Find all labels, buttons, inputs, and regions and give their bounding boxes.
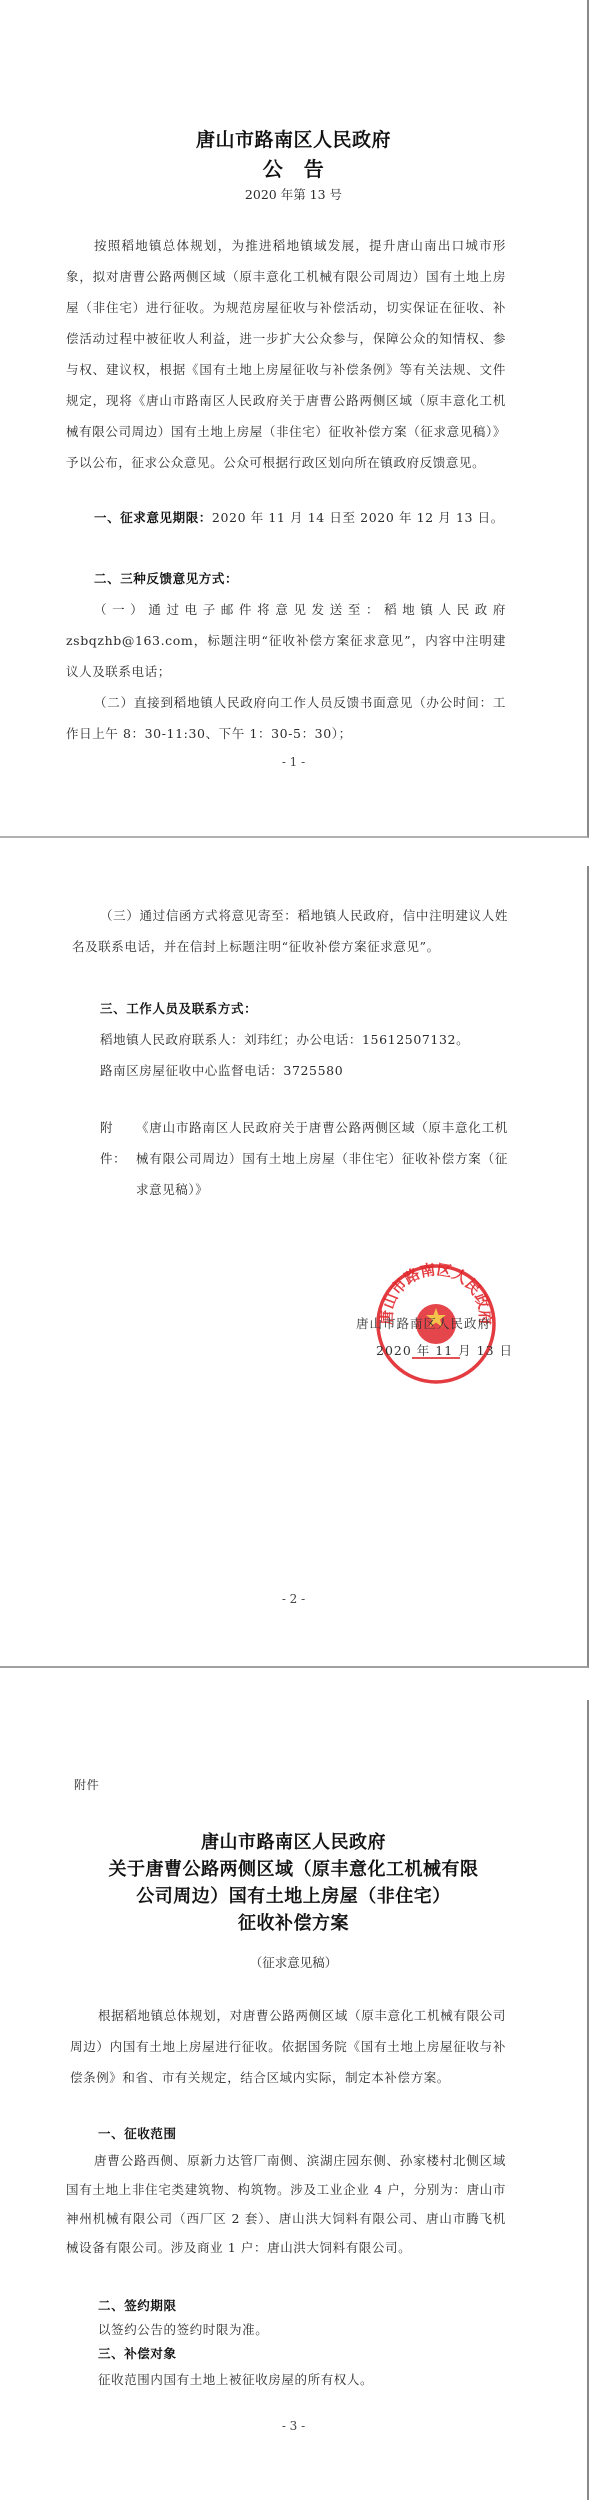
draft-label: （征求意见稿）: [0, 1953, 587, 1971]
feedback-method-3: （三）通过信函方式将意见寄至：稻地镇人民政府，信中注明建议人姓名及联系电话，并在…: [72, 900, 508, 962]
page-number: - 2 -: [0, 1592, 587, 1606]
document-page-3: 附件 唐山市路南区人民政府 关于唐曹公路两侧区域（原丰意化工机械有限 公司周边）…: [0, 1700, 589, 2500]
section-1: 一、征求意见期限：2020 年 11 月 14 日至 2020 年 12 月 1…: [66, 502, 506, 533]
contact-person: 稻地镇人民政府联系人：刘玮红；办公电话：15612507132。: [100, 1024, 520, 1055]
announcement-title: 公 告: [0, 153, 587, 182]
document-number: 2020 年第 13 号: [0, 185, 587, 203]
section-2: 二、三种反馈意见方式：: [66, 563, 506, 594]
attachment-label: 附件：: [100, 1112, 136, 1174]
plan-title-line-2: 关于唐曹公路两侧区域（原丰意化工机械有限: [0, 1855, 587, 1881]
plan-title-line-1: 唐山市路南区人民政府: [0, 1828, 587, 1854]
section-3-heading: 三、工作人员及联系方式：: [100, 1001, 257, 1016]
document-page-1: 唐山市路南区人民政府 公 告 2020 年第 13 号 按照稻地镇总体规划，为推…: [0, 0, 589, 838]
plan-section-1-text: 唐曹公路西侧、原新力达管厂南侧、滨湖庄园东侧、孙家楼村北侧区域国有土地上非住宅类…: [66, 2146, 506, 2262]
plan-intro: 根据稻地镇总体规划，对唐曹公路两侧区域（原丰意化工机械有限公司周边）内国有土地上…: [70, 2000, 506, 2093]
section-3: 三、工作人员及联系方式：: [72, 993, 508, 1024]
plan-section-3-text: 征收范围内国有土地上被征收房屋的所有权人。: [98, 2364, 508, 2395]
document-page-2: （三）通过信函方式将意见寄至：稻地镇人民政府，信中注明建议人姓名及联系电话，并在…: [0, 866, 589, 1668]
supervision-phone: 路南区房屋征收中心监督电话：3725580: [100, 1055, 520, 1086]
attachment-title: 《唐山市路南区人民政府关于唐曹公路两侧区域（原丰意化工机械有限公司周边）国有土地…: [136, 1112, 508, 1205]
plan-section-1-heading-text: 一、征收范围: [98, 2126, 177, 2141]
attachment-tag: 附件: [74, 1770, 514, 1801]
page-number: - 1 -: [0, 755, 587, 769]
section-1-heading: 一、征求意见期限：: [94, 510, 212, 525]
plan-section-2-heading-text: 二、签约期限: [98, 2298, 177, 2313]
section-1-text: 2020 年 11 月 14 日至 2020 年 12 月 13 日。: [212, 510, 504, 525]
sign-date: 2020 年 11 月 13 日: [376, 1341, 513, 1359]
intro-paragraph: 按照稻地镇总体规划，为推进稻地镇域发展，提升唐山南出口城市形象，拟对唐曹公路两侧…: [66, 230, 506, 478]
page-number: - 3 -: [0, 2419, 587, 2433]
feedback-method-1: （一）通过电子邮件将意见发送至：稻地镇人民政府 zsbqzhb@163.com，…: [66, 594, 506, 687]
page-title: 唐山市路南区人民政府: [0, 125, 587, 152]
section-2-heading: 二、三种反馈意见方式：: [94, 571, 238, 586]
feedback-method-2: （二）直接到稻地镇人民政府向工作人员反馈书面意见（办公时间：工作日上午 8：30…: [66, 687, 506, 749]
plan-title-line-4: 征收补偿方案: [0, 1909, 587, 1935]
plan-section-1-heading: 一、征收范围: [70, 2118, 506, 2149]
plan-title-line-3: 公司周边）国有土地上房屋（非住宅）: [0, 1882, 587, 1908]
plan-section-3-heading-text: 三、补偿对象: [98, 2346, 177, 2361]
signer-name: 唐山市路南区人民政府: [356, 1314, 491, 1332]
